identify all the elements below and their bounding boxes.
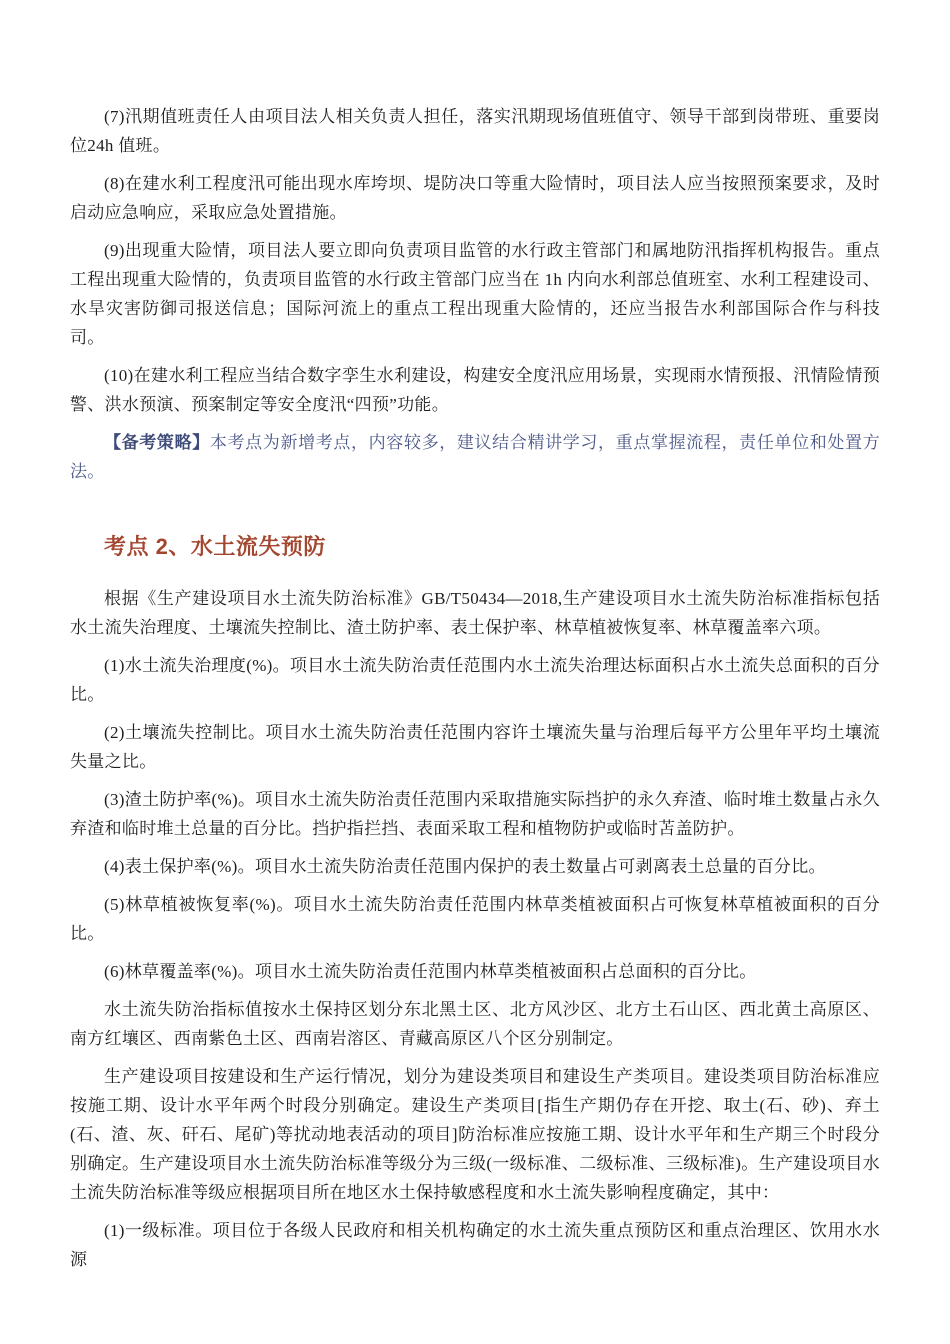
- para-region-division: 水土流失防治指标值按水土保持区划分东北黑土区、北方风沙区、北方土石山区、西北黄土…: [70, 995, 880, 1053]
- para-8-emergency-response: (8)在建水利工程度汛可能出现水库垮坝、堤防决口等重大险情时，项目法人应当按照预…: [70, 169, 880, 227]
- para-project-classification: 生产建设项目按建设和生产运行情况，划分为建设类项目和建设生产类项目。建设类项目防…: [70, 1062, 880, 1207]
- para-2-soil-loss-ratio: (2)土壤流失控制比。项目水土流失防治责任范围内容许土壤流失量与治理后每平方公里…: [70, 718, 880, 776]
- para-4-topsoil-protection-rate: (4)表土保护率(%)。项目水土流失防治责任范围内保护的表土数量占可剥离表土总量…: [70, 852, 880, 881]
- para-grade-1-standard: (1)一级标准。项目位于各级人民政府和相关机构确定的水土流失重点预防区和重点治理…: [70, 1216, 880, 1274]
- strategy-label: 【备考策略】: [104, 433, 210, 452]
- para-1-control-degree: (1)水土流失治理度(%)。项目水土流失防治责任范围内水土流失治理达标面积占水土…: [70, 651, 880, 709]
- section-heading-key-point-2: 考点 2、水土流失预防: [70, 532, 880, 562]
- para-9-major-danger-report: (9)出现重大险情，项目法人要立即向负责项目监管的水行政主管部门和属地防汛指挥机…: [70, 236, 880, 352]
- para-10-digital-twin: (10)在建水利工程应当结合数字孪生水利建设，构建安全度汛应用场景，实现雨水情预…: [70, 361, 880, 419]
- document-page: (7)汛期值班责任人由项目法人相关负责人担任，落实汛期现场值班值守、领导干部到岗…: [0, 0, 950, 1344]
- exam-strategy-note: 【备考策略】本考点为新增考点，内容较多，建议结合精讲学习，重点掌握流程，责任单位…: [70, 428, 880, 486]
- para-5-vegetation-recovery-rate: (5)林草植被恢复率(%)。项目水土流失防治责任范围内林草类植被面积占可恢复林草…: [70, 890, 880, 948]
- para-6-vegetation-coverage-rate: (6)林草覆盖率(%)。项目水土流失防治责任范围内林草类植被面积占总面积的百分比…: [70, 957, 880, 986]
- para-7-flood-duty: (7)汛期值班责任人由项目法人相关负责人担任，落实汛期现场值班值守、领导干部到岗…: [70, 102, 880, 160]
- para-3-spoil-protection-rate: (3)渣土防护率(%)。项目水土流失防治责任范围内采取措施实际挡护的永久弃渣、临…: [70, 785, 880, 843]
- para-standard-intro: 根据《生产建设项目水土流失防治标准》GB/T50434—2018,生产建设项目水…: [70, 584, 880, 642]
